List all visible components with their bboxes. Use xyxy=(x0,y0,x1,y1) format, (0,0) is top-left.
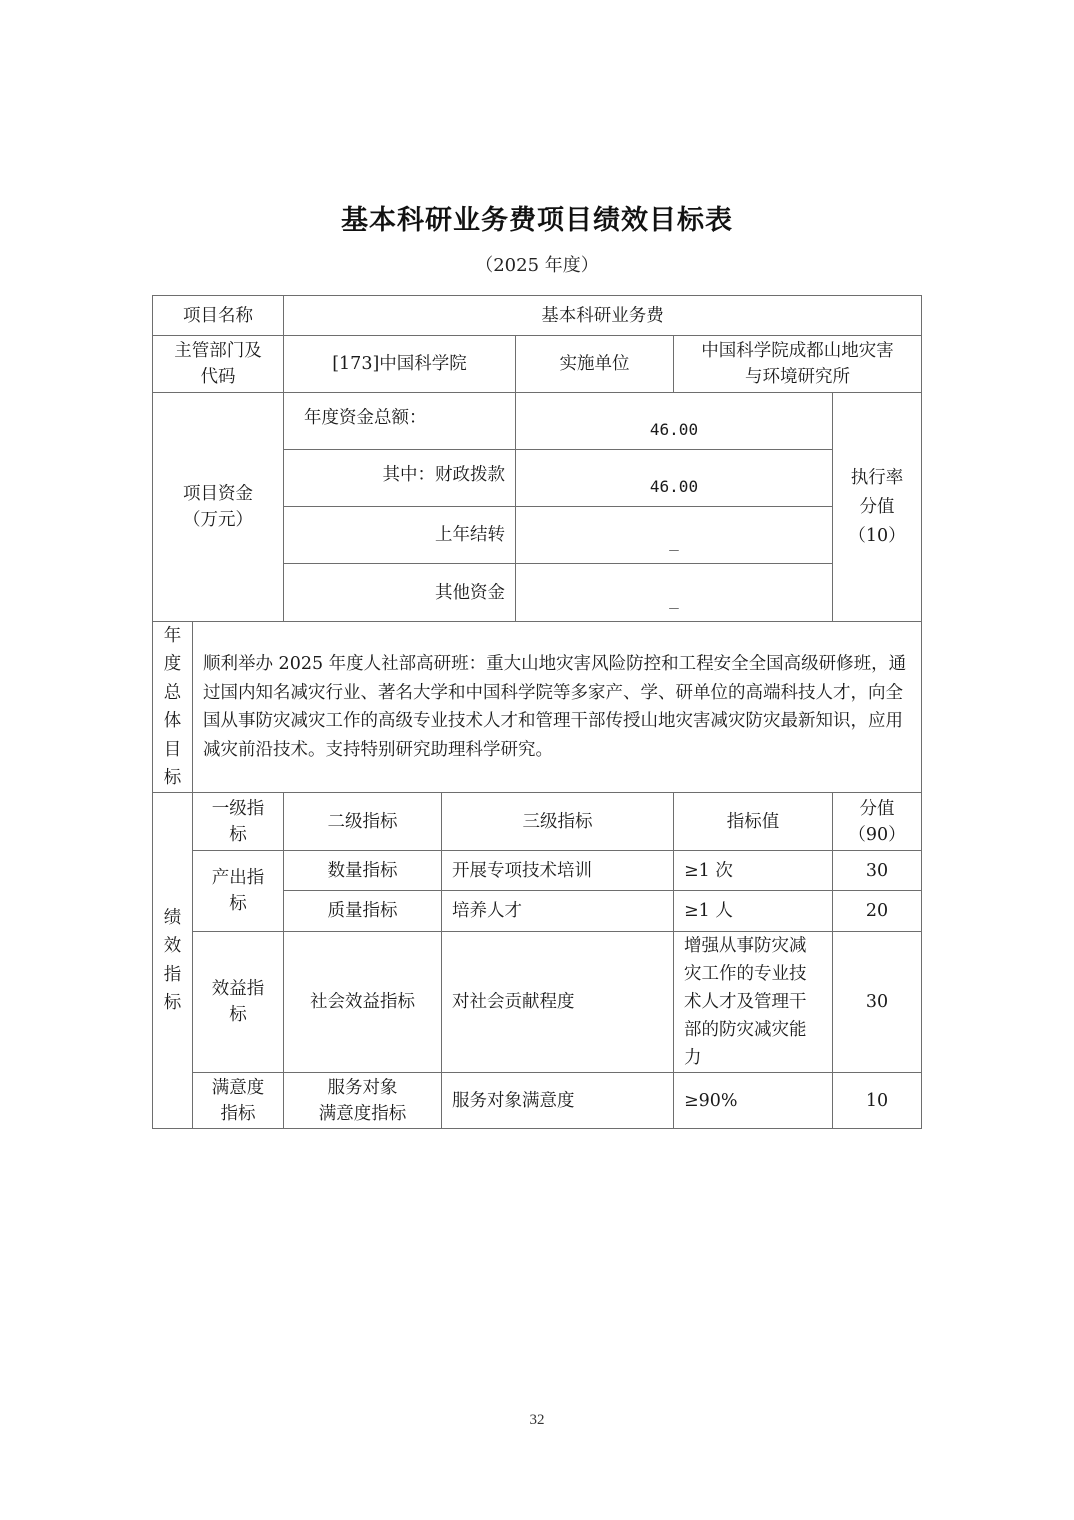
header-level3: 三级指标 xyxy=(441,792,674,851)
row-social-level2: 社会效益指标 xyxy=(283,931,442,1073)
document-title: 基本科研业务费项目绩效目标表 xyxy=(0,198,1074,237)
execution-rate-score-label: 执行率 分值 （10） xyxy=(832,392,922,622)
annual-goal-label-char: 年 xyxy=(164,622,182,651)
performance-label-char: 效 xyxy=(164,932,182,961)
funding-other-label: 其他资金 xyxy=(283,563,516,622)
annual-goal-label-char: 度 xyxy=(164,650,182,679)
funding-fiscal-label: 其中：财政拨款 xyxy=(283,449,516,507)
project-name-label: 项目名称 xyxy=(152,295,284,336)
group-benefit-label: 效益指 标 xyxy=(192,931,284,1073)
implementer-value: 中国科学院成都山地灾害 与环境研究所 xyxy=(673,335,922,393)
row-satisfaction-score: 10 xyxy=(832,1072,922,1129)
annual-goal-label-char: 标 xyxy=(164,764,182,793)
header-level1: 一级指 标 xyxy=(192,792,284,851)
annual-goal-label-char: 总 xyxy=(164,679,182,708)
funding-fiscal-value: 46.00 xyxy=(515,449,833,507)
row-quality-score: 20 xyxy=(832,890,922,932)
implementer-label: 实施单位 xyxy=(515,335,674,393)
performance-label-char: 绩 xyxy=(164,904,182,933)
row-quantity-value: ≥1 次 xyxy=(673,850,833,891)
funding-carryover-label: 上年结转 xyxy=(283,506,516,564)
row-quality-level2: 质量指标 xyxy=(283,890,442,932)
row-satisfaction-level2: 服务对象 满意度指标 xyxy=(283,1072,442,1129)
performance-indicators-label: 绩 效 指 标 xyxy=(152,792,193,1129)
group-output-label: 产出指 标 xyxy=(192,850,284,932)
funding-total-label: 年度资金总额： xyxy=(283,392,516,450)
header-value: 指标值 xyxy=(673,792,833,851)
performance-label-char: 指 xyxy=(164,961,182,990)
funding-total-value: 46.00 xyxy=(515,392,833,450)
annual-goal-label-char: 目 xyxy=(164,736,182,765)
funding-label: 项目资金 （万元） xyxy=(152,392,284,622)
row-quality-value: ≥1 人 xyxy=(673,890,833,932)
annual-goal-text: 顺利举办 2025 年度人社部高研班：重大山地灾害风险防控和工程安全全国高级研修… xyxy=(192,621,922,793)
funding-other-value: _ xyxy=(515,563,833,622)
row-social-value: 增强从事防灾减 灾工作的专业技 术人才及管理干 部的防灾减灾能 力 xyxy=(673,931,833,1073)
row-quantity-level2: 数量指标 xyxy=(283,850,442,891)
group-satisfaction-label: 满意度 指标 xyxy=(192,1072,284,1129)
row-quality-level3: 培养人才 xyxy=(441,890,674,932)
document-subtitle: （2025 年度） xyxy=(0,251,1074,277)
annual-goal-label: 年 度 总 体 目 标 xyxy=(152,621,193,793)
page-number: 32 xyxy=(0,1412,1074,1429)
performance-goal-table: 项目名称 基本科研业务费 主管部门及 代码 [173]中国科学院 实施单位 中国… xyxy=(152,295,922,1129)
performance-label-char: 标 xyxy=(164,989,182,1018)
row-social-score: 30 xyxy=(832,931,922,1073)
row-quantity-score: 30 xyxy=(832,850,922,891)
row-quantity-level3: 开展专项技术培训 xyxy=(441,850,674,891)
header-score: 分值 （90） xyxy=(832,792,922,851)
row-social-level3: 对社会贡献程度 xyxy=(441,931,674,1073)
row-satisfaction-level3: 服务对象满意度 xyxy=(441,1072,674,1129)
funding-carryover-value: _ xyxy=(515,506,833,564)
department-label: 主管部门及 代码 xyxy=(152,335,284,393)
row-satisfaction-value: ≥90% xyxy=(673,1072,833,1129)
annual-goal-label-char: 体 xyxy=(164,707,182,736)
project-name-value: 基本科研业务费 xyxy=(283,295,922,336)
header-level2: 二级指标 xyxy=(283,792,442,851)
department-value: [173]中国科学院 xyxy=(283,335,516,393)
